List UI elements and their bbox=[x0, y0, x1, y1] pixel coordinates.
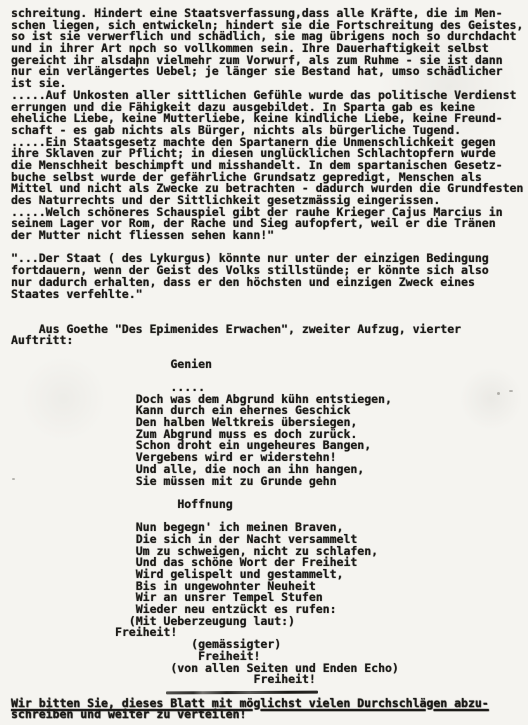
blank-line bbox=[11, 487, 528, 499]
paper-speck bbox=[497, 392, 500, 395]
blank-line bbox=[11, 300, 528, 312]
ink-stroke-artifact bbox=[136, 49, 138, 67]
text-line: (gemässigter) bbox=[11, 639, 528, 651]
text-line: Hoffnung bbox=[11, 499, 528, 511]
text-line: nur ein verlängertes Uebel; je länger si… bbox=[11, 66, 528, 78]
divider-line bbox=[166, 691, 318, 694]
text-line: Freiheit! bbox=[11, 674, 528, 686]
text-line: Sie müssen mit zu Grunde gehn bbox=[11, 476, 528, 488]
section-divider bbox=[11, 686, 528, 698]
text-line: schreiben und weiter zu verteilen! bbox=[11, 709, 528, 721]
text-line: Auftritt: bbox=[11, 335, 528, 347]
document-body: schreitung. Hindert eine Staatsverfassun… bbox=[11, 8, 528, 721]
text-line: Aus Goethe "Des Epimenides Erwachen", zw… bbox=[11, 324, 528, 336]
blank-line bbox=[11, 347, 528, 359]
paper-speck bbox=[509, 390, 513, 392]
text-line: Staates verfehlte." bbox=[11, 289, 528, 301]
paper-speck bbox=[12, 478, 15, 480]
leaflet-page: schreitung. Hindert eine Staatsverfassun… bbox=[0, 0, 528, 725]
text-line: Genien bbox=[11, 359, 528, 371]
blank-line bbox=[11, 370, 528, 382]
text-line: (Mit Ueberzeugung laut:) bbox=[11, 616, 528, 628]
text-line: der Mutter nicht fliessen sehen kann!" bbox=[11, 230, 528, 242]
